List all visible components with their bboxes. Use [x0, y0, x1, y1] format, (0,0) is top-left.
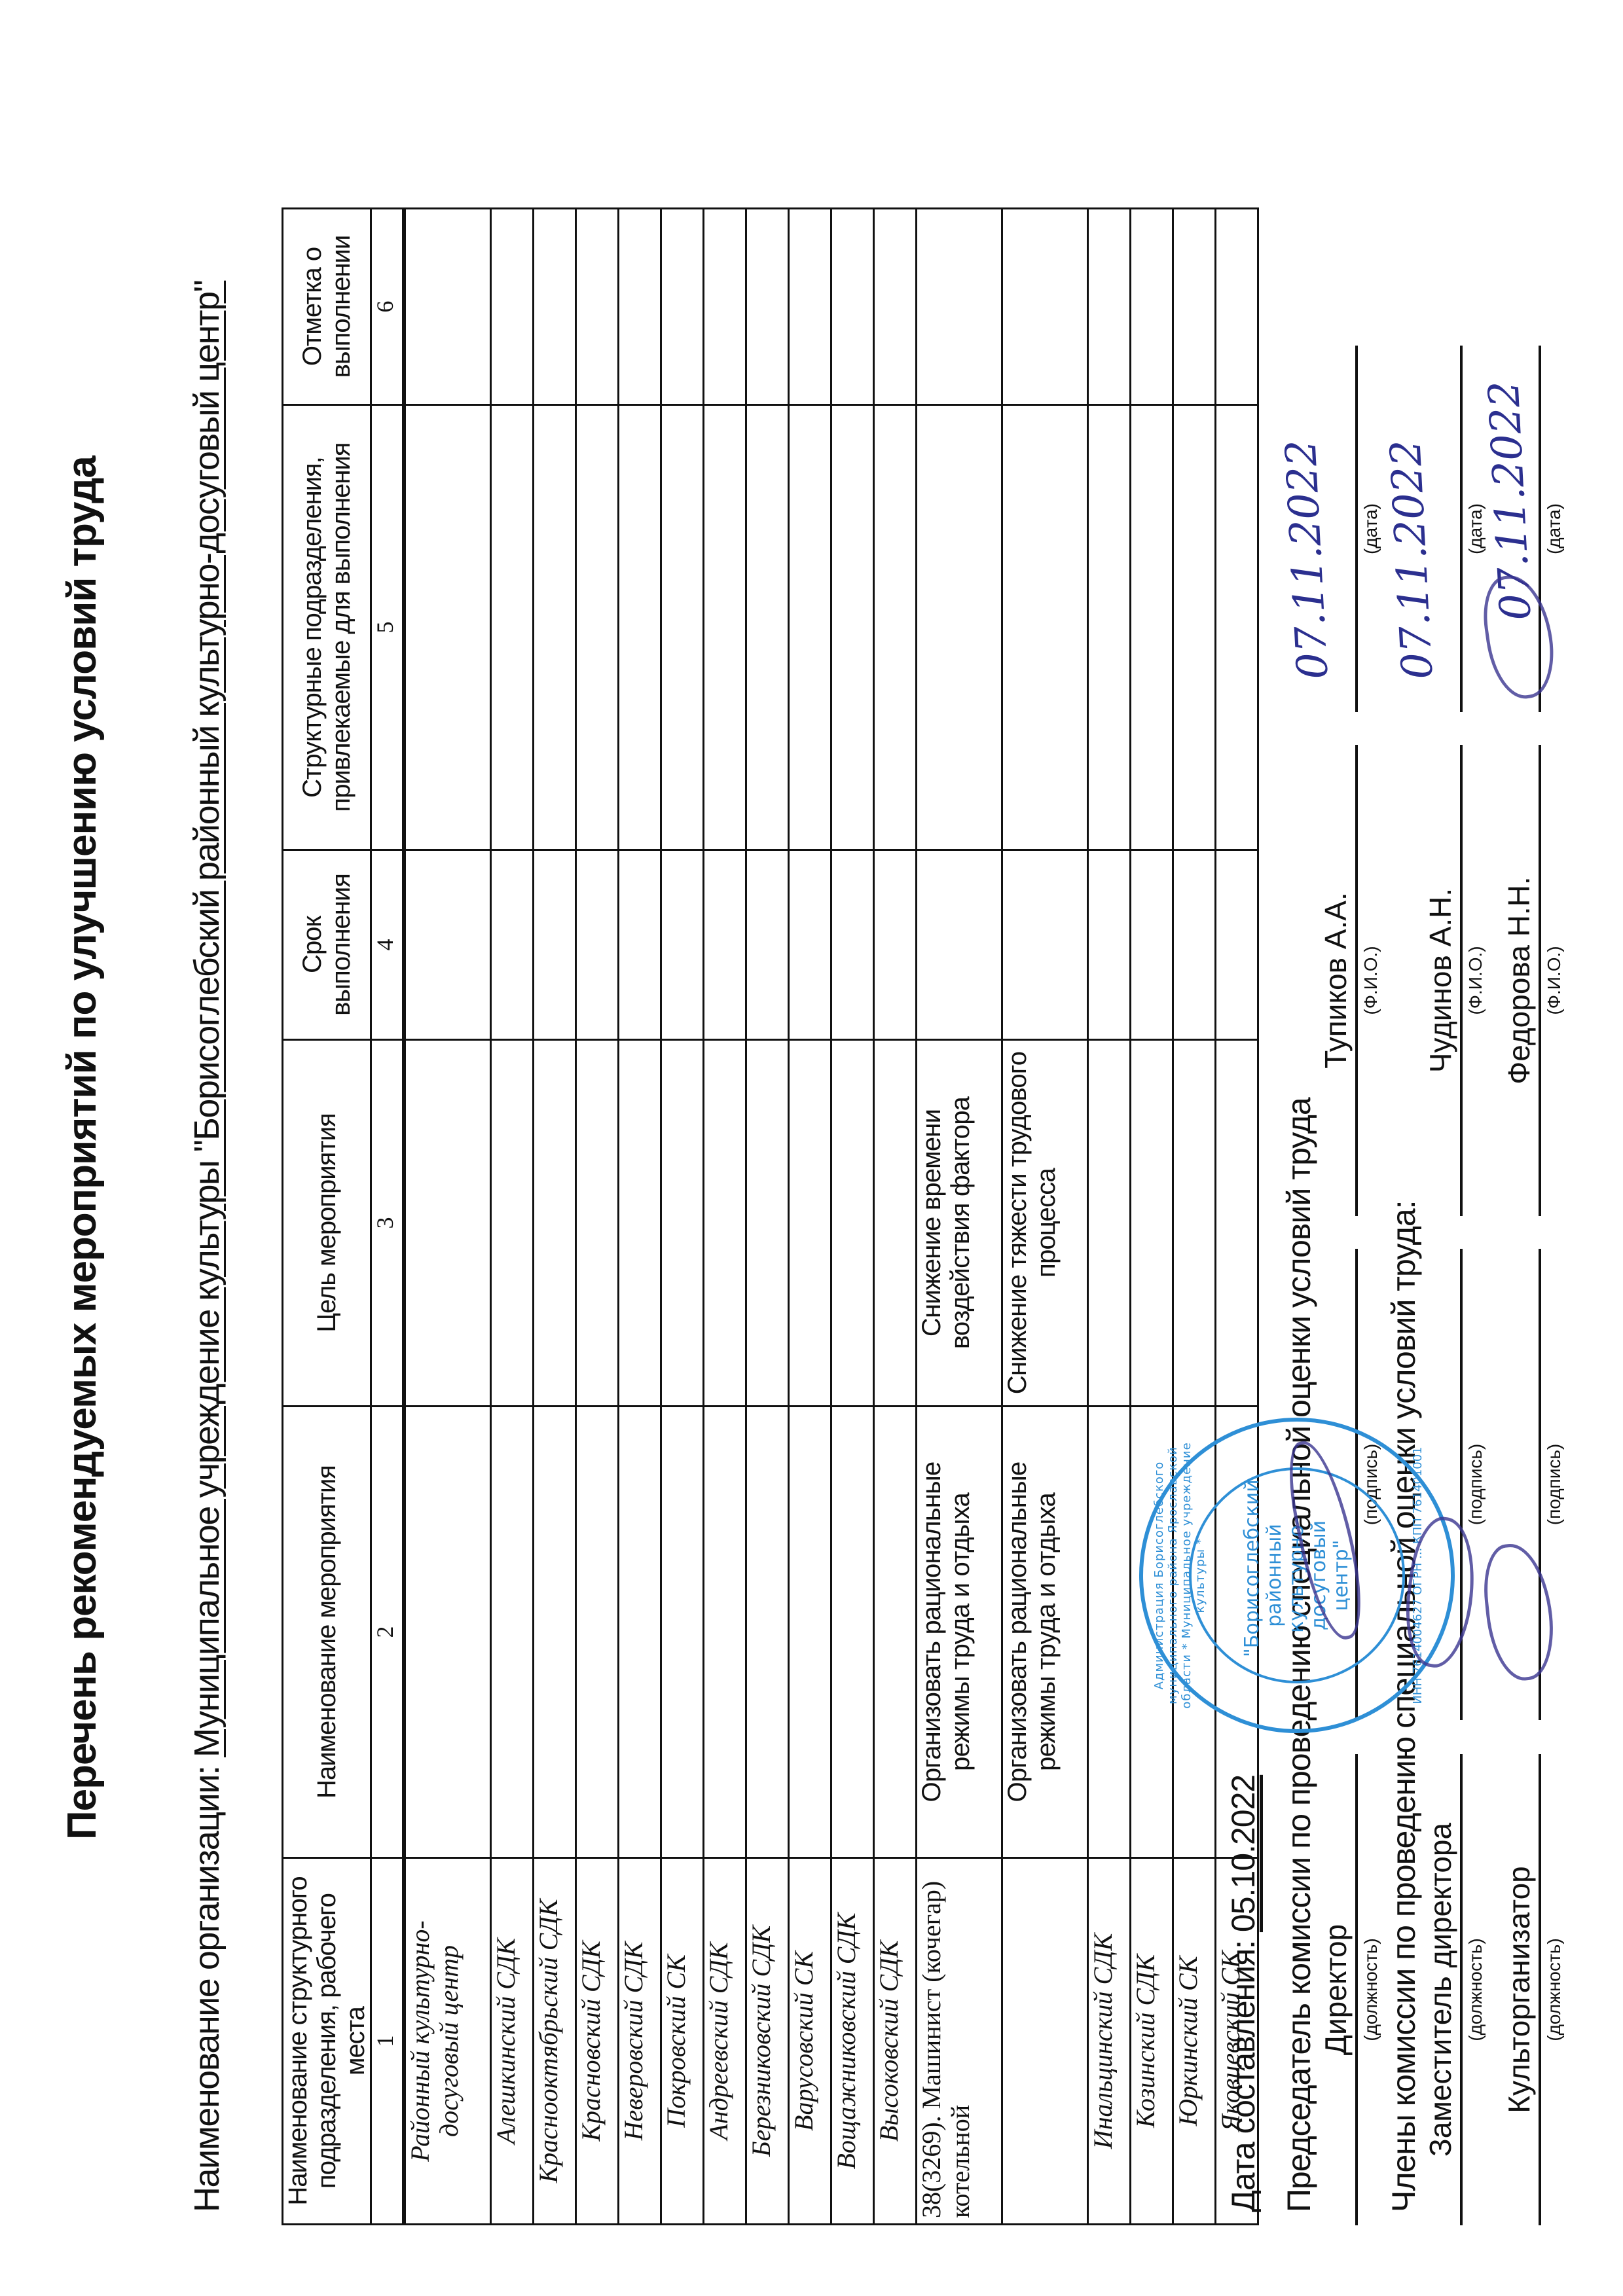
cell-activity [704, 1407, 746, 1858]
cell-unit: Покровский СК [661, 1858, 704, 2225]
cell-mark [404, 209, 491, 405]
column-number: 2 [371, 1407, 405, 1858]
cell-departments [619, 405, 661, 850]
cell-departments [491, 405, 534, 850]
cell-deadline [789, 850, 831, 1040]
cell-goal [1131, 1040, 1173, 1407]
column-number: 4 [371, 850, 405, 1040]
cell-mark [874, 209, 917, 405]
table-row: Варусовский СК [789, 209, 831, 2225]
cell-goal [534, 1040, 576, 1407]
cell-departments [704, 405, 746, 850]
cell-goal [576, 1040, 619, 1407]
cell-unit: Юркинский СК [1173, 1858, 1216, 2225]
cell-departments [534, 405, 576, 850]
cell-deadline [534, 850, 576, 1040]
caption-position: (должность) [1465, 1754, 1486, 2225]
header-activity: Наименование мероприятия [283, 1407, 371, 1858]
cell-departments [576, 405, 619, 850]
header-unit: Наименование структурного подразделения,… [283, 1858, 371, 2225]
column-number: 5 [371, 405, 405, 850]
cell-unit: Инальцинский СДК [1088, 1858, 1131, 2225]
table-row: Красновский СДК [576, 209, 619, 2225]
cell-mark [491, 209, 534, 405]
cell-goal [704, 1040, 746, 1407]
cell-departments [661, 405, 704, 850]
cell-goal [619, 1040, 661, 1407]
header-mark: Отметка о выполнении [283, 209, 371, 405]
cell-mark [917, 209, 1002, 405]
cell-activity [491, 1407, 534, 1858]
table-row: Высоковский СДК [874, 209, 917, 2225]
caption-signature: (подпись) [1465, 1249, 1486, 1720]
cell-departments [1173, 405, 1216, 850]
cell-activity [831, 1407, 874, 1858]
cell-goal [491, 1040, 534, 1407]
cell-unit: Андреевский СДК [704, 1858, 746, 2225]
cell-unit: Варусовский СК [789, 1858, 831, 2225]
organization-line: Наименование организации: Муниципальное … [187, 281, 227, 2212]
header-deadline: Срок выполнения [283, 850, 371, 1040]
header-goal: Цель мероприятия [283, 1040, 371, 1407]
cell-goal [1088, 1040, 1131, 1407]
cell-mark [831, 209, 874, 405]
caption-name: (Ф.И.О.) [1544, 745, 1565, 1216]
cell-goal [1173, 1040, 1216, 1407]
member-name: Федорова Н.Н. [1499, 745, 1541, 1216]
cell-activity [619, 1407, 661, 1858]
table-row: Организовать рациональные режимы труда и… [1002, 209, 1088, 2225]
cell-deadline [404, 850, 491, 1040]
table-row: Козинский СДК [1131, 209, 1173, 2225]
cell-activity [661, 1407, 704, 1858]
cell-activity [746, 1407, 789, 1858]
document-title: Перечень рекомендуемых мероприятий по ул… [59, 0, 105, 2296]
cell-unit: Вощажниковский СДК [831, 1858, 874, 2225]
cell-deadline [661, 850, 704, 1040]
cell-unit: 38(3269). Машинист (кочегар) котельной [917, 1858, 1002, 2225]
cell-departments [789, 405, 831, 850]
caption-name: (Ф.И.О.) [1360, 745, 1381, 1216]
cell-mark [619, 209, 661, 405]
column-number: 3 [371, 1040, 405, 1407]
cell-activity [874, 1407, 917, 1858]
cell-goal: Снижение времени воздействия фактора [917, 1040, 1002, 1407]
cell-mark [704, 209, 746, 405]
document-sheet: Перечень рекомендуемых мероприятий по ул… [0, 0, 1623, 2296]
cell-departments [746, 405, 789, 850]
cell-mark [789, 209, 831, 405]
cell-goal [404, 1040, 491, 1407]
cell-mark [1002, 209, 1088, 405]
cell-mark [1216, 209, 1258, 405]
cell-goal [831, 1040, 874, 1407]
cell-activity [789, 1407, 831, 1858]
cell-departments [404, 405, 491, 850]
cell-unit: Березниковский СДК [746, 1858, 789, 2225]
table-row: Покровский СК [661, 209, 704, 2225]
table-row: Березниковский СДК [746, 209, 789, 2225]
member-position: Культорганизатор [1499, 1754, 1541, 2225]
table-row: Инальцинский СДК [1088, 209, 1131, 2225]
cell-departments [1216, 405, 1258, 850]
cell-deadline [491, 850, 534, 1040]
table-body: Районный культурно-досуговый центрАлешки… [404, 209, 1258, 2225]
table-row: Неверовский СДК [619, 209, 661, 2225]
table-row: Вощажниковский СДК [831, 209, 874, 2225]
organization-label: Наименование организации: [187, 1767, 227, 2212]
cell-deadline [704, 850, 746, 1040]
cell-mark [576, 209, 619, 405]
member-name: Чудинов А.Н. [1421, 745, 1463, 1216]
caption-position: (должность) [1360, 1754, 1381, 2225]
column-number-row: 1 2 3 4 5 6 [371, 209, 405, 2225]
caption-name: (Ф.И.О.) [1465, 745, 1486, 1216]
cell-unit [1002, 1858, 1088, 2225]
date-value: 05.10.2022 [1225, 1775, 1262, 1932]
cell-departments [1002, 405, 1088, 850]
cell-departments [831, 405, 874, 850]
cell-unit: Краснооктябрьский СДК [534, 1858, 576, 2225]
cell-activity [1088, 1407, 1131, 1858]
table-header-row: Наименование структурного подразделения,… [283, 209, 371, 2225]
column-number: 1 [371, 1858, 405, 2225]
cell-goal: Снижение тяжести трудового процесса [1002, 1040, 1088, 1407]
cell-unit: Районный культурно-досуговый центр [404, 1858, 491, 2225]
cell-deadline [1131, 850, 1173, 1040]
member-position: Заместитель директора [1421, 1754, 1463, 2225]
stamp-ring-text: Администрация Борисоглебского муниципаль… [1152, 1422, 1207, 1729]
cell-deadline [1173, 850, 1216, 1040]
chairman-position: Директор [1316, 1754, 1358, 2225]
cell-mark [1131, 209, 1173, 405]
cell-activity [404, 1407, 491, 1858]
cell-deadline [831, 850, 874, 1040]
column-number: 6 [371, 209, 405, 405]
table-row: Краснооктябрьский СДК [534, 209, 576, 2225]
chairman-name: Тупиков А.А. [1316, 745, 1358, 1216]
caption-date: (дата) [1360, 346, 1381, 712]
cell-goal [874, 1040, 917, 1407]
cell-activity: Организовать рациональные режимы труда и… [917, 1407, 1002, 1858]
cell-unit: Неверовский СДК [619, 1858, 661, 2225]
cell-deadline [576, 850, 619, 1040]
measures-table: Наименование структурного подразделения,… [282, 207, 1259, 2225]
cell-deadline [917, 850, 1002, 1040]
table-row: Алешкинский СДК [491, 209, 534, 2225]
cell-unit: Красновский СДК [576, 1858, 619, 2225]
cell-goal [661, 1040, 704, 1407]
cell-mark [1173, 209, 1216, 405]
cell-mark [661, 209, 704, 405]
cell-goal [746, 1040, 789, 1407]
table-row: Районный культурно-досуговый центр [404, 209, 491, 2225]
organization-name: Муниципальное учреждение культуры "Борис… [187, 281, 227, 1757]
header-departments: Структурные подразделения, привлекаемые … [283, 405, 371, 850]
table-row: 38(3269). Машинист (кочегар) котельнойОр… [917, 209, 1002, 2225]
cell-mark [1088, 209, 1131, 405]
table-row: Юркинский СК [1173, 209, 1216, 2225]
cell-activity: Организовать рациональные режимы труда и… [1002, 1407, 1088, 1858]
cell-deadline [746, 850, 789, 1040]
cell-goal [789, 1040, 831, 1407]
cell-goal [1216, 1040, 1258, 1407]
cell-deadline [1088, 850, 1131, 1040]
cell-departments [917, 405, 1002, 850]
caption-position: (должность) [1544, 1754, 1565, 2225]
cell-unit: Козинский СДК [1131, 1858, 1173, 2225]
cell-mark [534, 209, 576, 405]
compilation-date: Дата составления: 05.10.2022 [1224, 1775, 1262, 2212]
cell-unit: Высоковский СДК [874, 1858, 917, 2225]
table-row: Андреевский СДК [704, 209, 746, 2225]
cell-activity [576, 1407, 619, 1858]
cell-deadline [874, 850, 917, 1040]
cell-departments [1088, 405, 1131, 850]
cell-departments [1131, 405, 1173, 850]
date-label: Дата составления: [1225, 1941, 1262, 2212]
cell-deadline [1216, 850, 1258, 1040]
cell-deadline [1002, 850, 1088, 1040]
cell-departments [874, 405, 917, 850]
cell-unit: Алешкинский СДК [491, 1858, 534, 2225]
cell-activity [534, 1407, 576, 1858]
cell-deadline [619, 850, 661, 1040]
cell-mark [746, 209, 789, 405]
